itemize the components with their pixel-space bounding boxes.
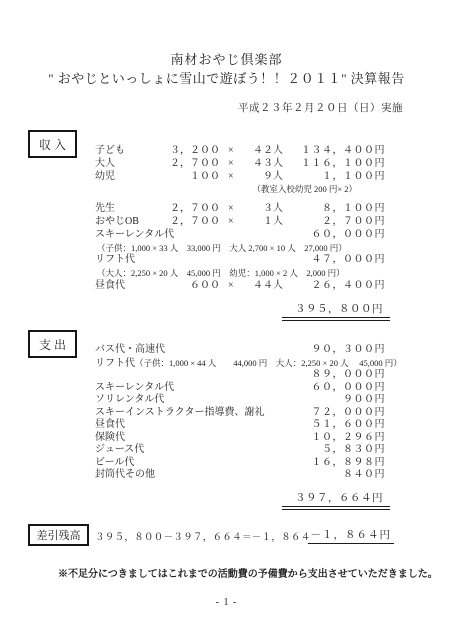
amount: ８，１００円: [322, 203, 385, 216]
income-section-label: 収 入: [28, 130, 77, 158]
expense-total-row: ３９７，６６４円: [95, 490, 385, 506]
detail-note: （大人：2,250 × 20 人 45,000 円 幼児：1,000 × 2 人…: [97, 267, 345, 280]
amount: ９００円: [343, 394, 385, 407]
amount: ２６，４００円: [312, 280, 386, 293]
amount: ６０，０００円: [312, 382, 386, 395]
expense-total: ３９７，６６４円: [282, 490, 390, 510]
amount: ５１，６００円: [312, 419, 386, 432]
date-line: 平成２３年２月２０日（日）実施: [238, 100, 403, 115]
item-label: 封筒代その他: [95, 469, 155, 482]
income-row: リフト代 ４７，０００円: [95, 254, 385, 267]
multiply-sign: ×: [228, 171, 234, 184]
item-label: 昼食代: [95, 419, 125, 432]
headcount: ４３人: [253, 158, 283, 171]
item-label: リフト代（子供：1,000 × 44 人 44,000 円 大人：2,250 ×…: [95, 357, 402, 371]
item-label: 昼食代: [95, 280, 125, 293]
multiply-sign: ×: [228, 203, 234, 216]
balance-amount: －１，８６４円: [308, 527, 395, 544]
report-page: 南材おやじ倶楽部 " おやじといっしょに雪山で遊ぼう！！２０１１" 決算報告 平…: [0, 0, 453, 640]
unit-price: ６００: [190, 280, 220, 293]
item-label: 子ども: [95, 145, 125, 158]
headcount: ４２人: [253, 145, 283, 158]
item-label: スキーインストラクター指導費、謝礼: [95, 407, 265, 420]
income-row: スキーレンタル代 ６０，０００円: [95, 229, 385, 242]
balance-section-label: 差引残高: [28, 524, 89, 546]
unit-price: ２，７００: [170, 203, 220, 216]
amount: １１６，１００円: [301, 158, 385, 171]
amount: ８４０円: [343, 469, 385, 482]
income-row: （教室入校幼児 200 円× 2）: [95, 183, 385, 196]
item-label: バス代・高速代: [95, 344, 165, 357]
income-row: 大人 ２，７００ × ４３人 １１６，１００円: [95, 158, 385, 171]
item-label: 保険代: [95, 432, 125, 445]
unit-price: ２，７００: [170, 158, 220, 171]
headcount: １人: [263, 216, 283, 229]
item-label: ビール代: [95, 457, 134, 470]
expense-row: ８９，０００円: [95, 369, 385, 382]
headcount: ３人: [263, 203, 283, 216]
amount: ７２，０００円: [312, 407, 386, 420]
expense-row: スキーインストラクター指導費、謝礼 ７２，０００円: [95, 407, 385, 420]
amount: ６０，０００円: [312, 229, 386, 242]
unit-price: ３，２００: [170, 145, 220, 158]
footnote: ※不足分につきましてはこれまでの活動費の予備費から支出させていただきました。: [58, 565, 438, 580]
income-table: 子ども ３，２００ × ４２人 １３４，４００円 大人 ２，７００ × ４３人 …: [95, 145, 385, 317]
expense-row: スキーレンタル代 ６０，０００円: [95, 382, 385, 395]
income-row: 子ども ３，２００ × ４２人 １３４，４００円: [95, 145, 385, 158]
income-row: （大人：2,250 × 20 人 45,000 円 幼児：1,000 × 2 人…: [95, 267, 385, 280]
amount: １，１００円: [322, 171, 385, 184]
expense-row: バス代・高速代 ９０，３００円: [95, 344, 385, 357]
item-label: 先生: [95, 203, 115, 216]
expense-row: ジュース代 ５，８３０円: [95, 444, 385, 457]
income-row: （子供：1,000 × 33 人 33,000 円 大人 2,700 × 10 …: [95, 242, 385, 255]
expense-section-label: 支 出: [28, 330, 77, 358]
unit-price: １００: [190, 171, 220, 184]
income-row: おやじOB ２，７００ × １人 ２，７００円: [95, 216, 385, 229]
income-total-row: ３９５，８００円: [95, 301, 385, 317]
expense-row: 封筒代その他 ８４０円: [95, 469, 385, 482]
amount: １３４，４００円: [301, 145, 385, 158]
detail-note: （教室入校幼児 200 円× 2）: [252, 183, 357, 196]
multiply-sign: ×: [228, 145, 234, 158]
item-label: 幼児: [95, 171, 115, 184]
multiply-sign: ×: [228, 158, 234, 171]
page-title: 南材おやじ倶楽部: [0, 49, 453, 68]
headcount: ４４人: [253, 280, 283, 293]
income-total: ３９５，８００円: [282, 301, 390, 321]
item-label: リフト代: [95, 254, 135, 267]
expense-row: ビール代 １６，８９８円: [95, 457, 385, 470]
headcount: ９人: [263, 171, 283, 184]
amount: ８９，０００円: [312, 369, 386, 382]
multiply-sign: ×: [228, 216, 234, 229]
amount: ２，７００円: [322, 216, 385, 229]
unit-price: ２，７００: [170, 216, 220, 229]
amount: ５，８３０円: [322, 444, 385, 457]
amount: １６，８９８円: [312, 457, 386, 470]
amount: ４７，０００円: [312, 254, 386, 267]
detail-note: （子供：1,000 × 44 人 44,000 円 大人：2,250 × 20 …: [135, 358, 402, 368]
income-row: 昼食代 ６００ × ４４人 ２６，４００円: [95, 280, 385, 293]
expense-row: ソリレンタル代 ９００円: [95, 394, 385, 407]
report-subtitle: " おやじといっしょに雪山で遊ぼう！！２０１１" 決算報告: [0, 68, 453, 87]
item-label: スキーレンタル代: [95, 382, 174, 395]
page-number: - 1 -: [0, 597, 453, 608]
income-row: 幼児 １００ × ９人 １，１００円: [95, 171, 385, 184]
amount: ９０，３００円: [312, 344, 386, 357]
detail-note: （子供：1,000 × 33 人 33,000 円 大人 2,700 × 10 …: [97, 242, 347, 255]
item-label: おやじOB: [95, 216, 139, 229]
expense-row: 昼食代 ５１，６００円: [95, 419, 385, 432]
item-label: スキーレンタル代: [95, 229, 174, 242]
multiply-sign: ×: [228, 280, 234, 293]
item-label: ジュース代: [95, 444, 144, 457]
amount: １０，２９６円: [312, 432, 386, 445]
expense-row: リフト代（子供：1,000 × 44 人 44,000 円 大人：2,250 ×…: [95, 357, 385, 370]
item-label: 大人: [95, 158, 115, 171]
expense-table: バス代・高速代 ９０，３００円 リフト代（子供：1,000 × 44 人 44,…: [95, 344, 385, 506]
income-row: 先生 ２，７００ × ３人 ８，１００円: [95, 203, 385, 216]
expense-row: 保険代 １０，２９６円: [95, 432, 385, 445]
balance-formula: ３９５，８００－３９７，６６４＝－１，８６４: [95, 529, 311, 543]
item-label: ソリレンタル代: [95, 394, 164, 407]
